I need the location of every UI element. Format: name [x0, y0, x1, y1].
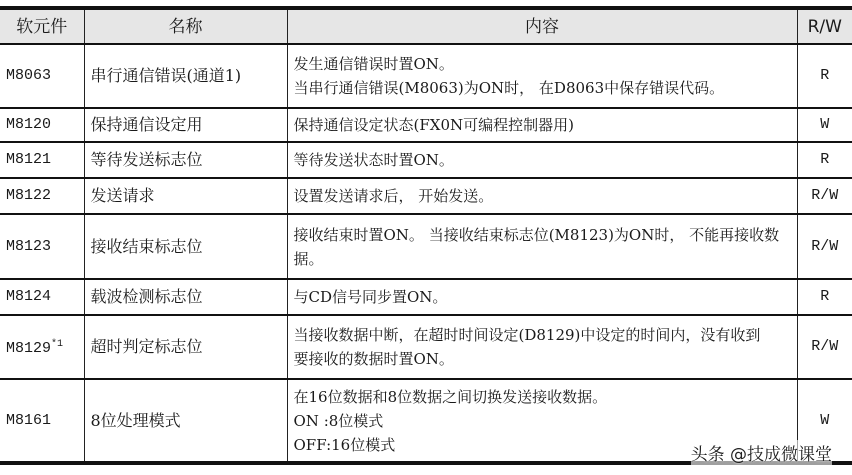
rw-cell: R	[797, 142, 852, 178]
footnote-marker: *1	[51, 339, 63, 350]
device-id: M8161	[6, 412, 51, 429]
content-line: 当接收数据中断，在超时时间设定(D8129)中设定的时间内，没有收到	[294, 323, 791, 347]
name-cell: 接收结束标志位	[84, 214, 287, 279]
content-cell: 接收结束时置ON。 当接收结束标志位(M8123)为ON时， 不能再接收数据。	[287, 214, 797, 279]
device-cell: M8124	[0, 279, 84, 315]
content-line: 发生通信错误时置ON。	[294, 52, 791, 76]
device-id: M8129	[6, 340, 51, 357]
device-cell: M8123	[0, 214, 84, 279]
table-row: M8121等待发送标志位等待发送状态时置ON。R	[0, 142, 852, 178]
rw-cell: W	[797, 108, 852, 142]
header-rw: R/W	[797, 8, 852, 44]
device-id: M8124	[6, 288, 51, 305]
header-row: 软元件 名称 内容 R/W	[0, 8, 852, 44]
device-id: M8121	[6, 151, 51, 168]
rw-cell: R/W	[797, 178, 852, 214]
name-cell: 超时判定标志位	[84, 315, 287, 379]
content-line: 要接收的数据时置ON。	[294, 347, 791, 371]
header-name: 名称	[84, 8, 287, 44]
content-cell: 设置发送请求后， 开始发送。	[287, 178, 797, 214]
name-cell: 等待发送标志位	[84, 142, 287, 178]
content-line: 据。	[294, 247, 791, 271]
device-cell: M8122	[0, 178, 84, 214]
watermark: 头条 @技成微课堂	[691, 440, 832, 465]
content-line: 在16位数据和8位数据之间切换发送接收数据。	[294, 385, 791, 409]
content-line: 等待发送状态时置ON。	[294, 148, 791, 172]
content-line: 当串行通信错误(M8063)为ON时， 在D8063中保存错误代码。	[294, 76, 791, 100]
name-cell: 串行通信错误(通道1)	[84, 44, 287, 108]
device-id: M8063	[6, 67, 51, 84]
name-cell: 8位处理模式	[84, 379, 287, 463]
rw-cell: R/W	[797, 214, 852, 279]
name-cell: 保持通信设定用	[84, 108, 287, 142]
content-line: 保持通信设定状态(FX0N可编程控制器用)	[294, 113, 791, 137]
device-cell: M8129*1	[0, 315, 84, 379]
rw-cell: R	[797, 279, 852, 315]
content-line: 设置发送请求后， 开始发送。	[294, 184, 791, 208]
table-row: M8129*1超时判定标志位当接收数据中断，在超时时间设定(D8129)中设定的…	[0, 315, 852, 379]
device-table: 软元件 名称 内容 R/W M8063串行通信错误(通道1)发生通信错误时置ON…	[0, 6, 852, 465]
device-cell: M8063	[0, 44, 84, 108]
table-row: M8123接收结束标志位接收结束时置ON。 当接收结束标志位(M8123)为ON…	[0, 214, 852, 279]
table-row: M8122发送请求设置发送请求后， 开始发送。R/W	[0, 178, 852, 214]
content-cell: 等待发送状态时置ON。	[287, 142, 797, 178]
content-line: 与CD信号同步置ON。	[294, 285, 791, 309]
content-cell: 保持通信设定状态(FX0N可编程控制器用)	[287, 108, 797, 142]
device-cell: M8120	[0, 108, 84, 142]
table-row: M8120保持通信设定用保持通信设定状态(FX0N可编程控制器用)W	[0, 108, 852, 142]
rw-cell: R	[797, 44, 852, 108]
table-row: M8124载波检测标志位与CD信号同步置ON。R	[0, 279, 852, 315]
device-id: M8122	[6, 187, 51, 204]
device-id: M8120	[6, 116, 51, 133]
name-cell: 载波检测标志位	[84, 279, 287, 315]
table-row: M8063串行通信错误(通道1)发生通信错误时置ON。当串行通信错误(M8063…	[0, 44, 852, 108]
content-cell: 发生通信错误时置ON。当串行通信错误(M8063)为ON时， 在D8063中保存…	[287, 44, 797, 108]
rw-cell: R/W	[797, 315, 852, 379]
header-content: 内容	[287, 8, 797, 44]
content-line: ON :8位模式	[294, 409, 791, 433]
device-cell: M8121	[0, 142, 84, 178]
device-cell: M8161	[0, 379, 84, 463]
device-id: M8123	[6, 238, 51, 255]
content-cell: 当接收数据中断，在超时时间设定(D8129)中设定的时间内，没有收到要接收的数据…	[287, 315, 797, 379]
content-cell: 与CD信号同步置ON。	[287, 279, 797, 315]
name-cell: 发送请求	[84, 178, 287, 214]
content-line: 接收结束时置ON。 当接收结束标志位(M8123)为ON时， 不能再接收数	[294, 223, 791, 247]
table-body: M8063串行通信错误(通道1)发生通信错误时置ON。当串行通信错误(M8063…	[0, 44, 852, 463]
header-device: 软元件	[0, 8, 84, 44]
